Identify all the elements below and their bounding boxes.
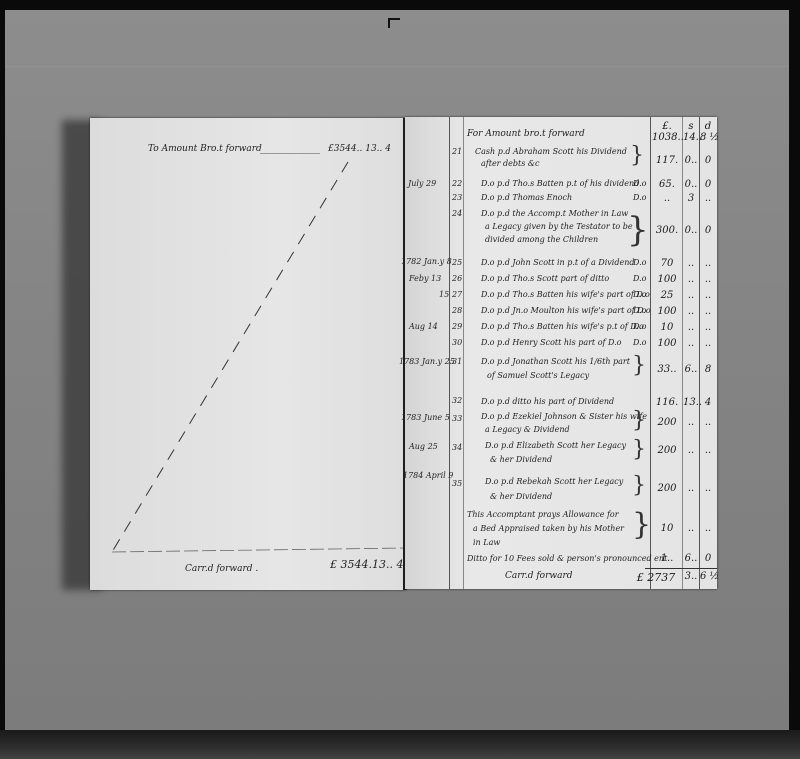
brace-icon: } [632, 510, 651, 540]
entry-line: D.o p.d Henry Scott his part of D.o [481, 338, 622, 347]
entry-number: 27 [452, 290, 462, 299]
entry-date: 1782 Jan.y 8 [401, 257, 452, 266]
entry-pence: .. [700, 445, 716, 456]
entry-pounds: 200 [652, 483, 682, 494]
entry-line: Ditto for 10 Fees sold & person's pronou… [467, 554, 667, 563]
entry-ref: D.o [633, 193, 647, 202]
entry-pence: .. [700, 306, 716, 317]
entry-line: & her Dividend [490, 492, 552, 501]
entry-shillings: 0.. [683, 155, 699, 166]
entry-pence: 0 [700, 225, 716, 236]
entry-date: 1783 Jan.y 25 [399, 357, 455, 366]
entry-shillings: .. [683, 483, 699, 494]
entry-number: 32 [452, 396, 462, 405]
left-footer-text: Carr.d forward . [185, 564, 258, 574]
entry-date: Aug 14 [409, 322, 438, 331]
entry-pence: .. [700, 483, 716, 494]
entry-pence: 0 [700, 553, 716, 564]
entry-number: 26 [452, 274, 462, 283]
entry-number: 21 [452, 147, 462, 156]
total-pounds: £ 2737 [631, 571, 681, 584]
right-footer-text: Carr.d forward [505, 571, 573, 581]
brace-icon: } [632, 439, 646, 461]
entry-number: 23 [452, 193, 462, 202]
scan-crease [5, 66, 789, 67]
entry-line: D.o p.d Tho.s Batten p.t of his dividend [481, 179, 639, 188]
entry-number: 35 [452, 479, 462, 488]
entry-pence: .. [700, 322, 716, 333]
entry-line: D.o p.d Elizabeth Scott her Legacy [485, 441, 626, 450]
ledger-left-page: To Amount Bro.t forward £3544.. 13.. 4 C… [90, 118, 406, 590]
date-column-rule [449, 117, 450, 589]
ledger-right-page: £. s d For Amount bro.t forward 1038.. 1… [405, 117, 717, 589]
entry-number: 31 [452, 357, 462, 366]
entry-pence: .. [700, 338, 716, 349]
brace-icon: } [630, 145, 644, 167]
entry-line: in Law [473, 538, 500, 547]
entry-pounds: 117. [652, 155, 682, 166]
entry-number: 22 [452, 179, 462, 188]
entry-date: Feby 13 [409, 274, 441, 283]
entry-shillings: 3 [683, 193, 699, 204]
entry-ref: D.o [633, 338, 647, 347]
total-shillings: 3.. [683, 571, 699, 582]
entry-number: 33 [452, 414, 462, 423]
entry-date: July 29 [408, 179, 436, 188]
entry-line: after debts &c [481, 159, 540, 168]
entry-pence: .. [700, 290, 716, 301]
entry-pounds: 10 [652, 523, 682, 534]
entry-pence: .. [700, 193, 716, 204]
total-pence: 6 ½ [700, 571, 716, 582]
entry-number: 29 [452, 322, 462, 331]
entry-number: 28 [452, 306, 462, 315]
entry-line: D.o p.d Thomas Enoch [481, 193, 572, 202]
entry-pence: .. [700, 258, 716, 269]
entry-line: D.o p.d Ezekiel Johnson & Sister his wif… [481, 412, 647, 421]
brought-forward-pence: 8 ½ [700, 132, 716, 143]
entry-pounds: 10 [652, 322, 682, 333]
entry-shillings: 6.. [683, 553, 699, 564]
entry-ref: D.o [633, 274, 647, 283]
entry-ref: D.o [633, 322, 647, 331]
entry-pounds: 300. [652, 225, 682, 236]
brought-forward-shillings: 14.. [683, 132, 699, 143]
scan-border [0, 730, 800, 759]
entry-date: 15 [439, 290, 449, 299]
entry-line: a Legacy & Dividend [485, 425, 570, 434]
entry-line: D.o p.d Tho.s Scott part of ditto [481, 274, 609, 283]
entry-date: 1783 June 5 [401, 413, 450, 422]
entry-pence: 8 [700, 364, 716, 375]
brace-icon: } [627, 213, 649, 247]
entry-line: Cash p.d Abraham Scott his Dividend [475, 147, 627, 156]
entry-pounds: 200 [652, 417, 682, 428]
entry-pounds: 1.. [652, 553, 682, 564]
entry-line: D.o p.d Tho.s Batten his wife's part of … [481, 290, 650, 299]
entry-pence: 4 [700, 397, 716, 408]
left-footer-amount: £ 3544.13.. 4 [330, 558, 403, 571]
entry-line: a Bed Appraised taken by his Mother [473, 524, 624, 533]
entry-shillings: 6.. [683, 364, 699, 375]
entry-pounds: 100 [652, 306, 682, 317]
entry-line: & her Dividend [490, 455, 552, 464]
entry-line: a Legacy given by the Testator to be [485, 222, 633, 231]
cancel-diagonal-line [90, 118, 406, 590]
entry-pounds: 100 [652, 338, 682, 349]
entry-pence: 0 [700, 155, 716, 166]
entry-line: D.o p.d Tho.s Batten his wife's p.t of D… [481, 322, 644, 331]
entry-shillings: .. [683, 338, 699, 349]
entry-ref: D.o [633, 306, 647, 315]
number-column-rule [463, 117, 464, 589]
shillings-header: s [684, 121, 698, 132]
entry-shillings: .. [683, 290, 699, 301]
brace-icon: } [632, 410, 646, 432]
entry-line: of Samuel Scott's Legacy [487, 371, 589, 380]
entry-shillings: .. [683, 445, 699, 456]
entry-date: Aug 25 [409, 442, 438, 451]
entry-pence: .. [700, 417, 716, 428]
entry-ref: D.o [633, 258, 647, 267]
registration-mark [388, 18, 400, 28]
entry-line: divided among the Children [485, 235, 598, 244]
entry-pence: 0 [700, 179, 716, 190]
brought-forward-pounds: 1038.. [652, 132, 682, 143]
entry-ref: D.o [633, 290, 647, 299]
entry-shillings: 0.. [683, 225, 699, 236]
brought-forward-text: For Amount bro.t forward [467, 129, 585, 139]
entry-shillings: .. [683, 274, 699, 285]
entry-shillings: .. [683, 306, 699, 317]
entry-pounds: 70 [652, 258, 682, 269]
entry-date: 1784 April 9 [403, 471, 453, 480]
brace-icon: } [632, 475, 646, 497]
entry-line: D.o p.d John Scott in p.t of a Dividend [481, 258, 634, 267]
entry-pounds: 200 [652, 445, 682, 456]
entry-line: D.o p.d Jonathan Scott his 1/6th part [481, 357, 630, 366]
entry-line: D.o p.d Rebekah Scott her Legacy [485, 477, 623, 486]
entry-number: 30 [452, 338, 462, 347]
entry-line: D.o p.d the Accomp.t Mother in Law [481, 209, 628, 218]
entry-number: 34 [452, 443, 462, 452]
entry-line: D.o p.d Jn.o Moulton his wife's part of … [481, 306, 651, 315]
entry-shillings: 0.. [683, 179, 699, 190]
entry-line: D.o p.d ditto his part of Dividend [481, 397, 614, 406]
entry-pounds: .. [652, 193, 682, 204]
brace-icon: } [632, 355, 646, 377]
entry-line: This Accomptant prays Allowance for [467, 510, 619, 519]
pence-header: d [701, 121, 715, 132]
entry-pounds: 65. [652, 179, 682, 190]
entry-pounds: 116. [652, 397, 682, 408]
entry-shillings: .. [683, 322, 699, 333]
entry-pence: .. [700, 523, 716, 534]
entry-shillings: .. [683, 258, 699, 269]
entry-pounds: 100 [652, 274, 682, 285]
entry-ref: D.o [633, 179, 647, 188]
entry-pounds: 33.. [652, 364, 682, 375]
total-rule [645, 568, 717, 569]
entry-shillings: 13.. [683, 397, 699, 408]
entry-number: 25 [452, 258, 462, 267]
entry-shillings: .. [683, 523, 699, 534]
entry-pounds: 25 [652, 290, 682, 301]
entry-number: 24 [452, 209, 462, 218]
pounds-header: £. [657, 121, 677, 132]
entry-pence: .. [700, 274, 716, 285]
entry-shillings: .. [683, 417, 699, 428]
